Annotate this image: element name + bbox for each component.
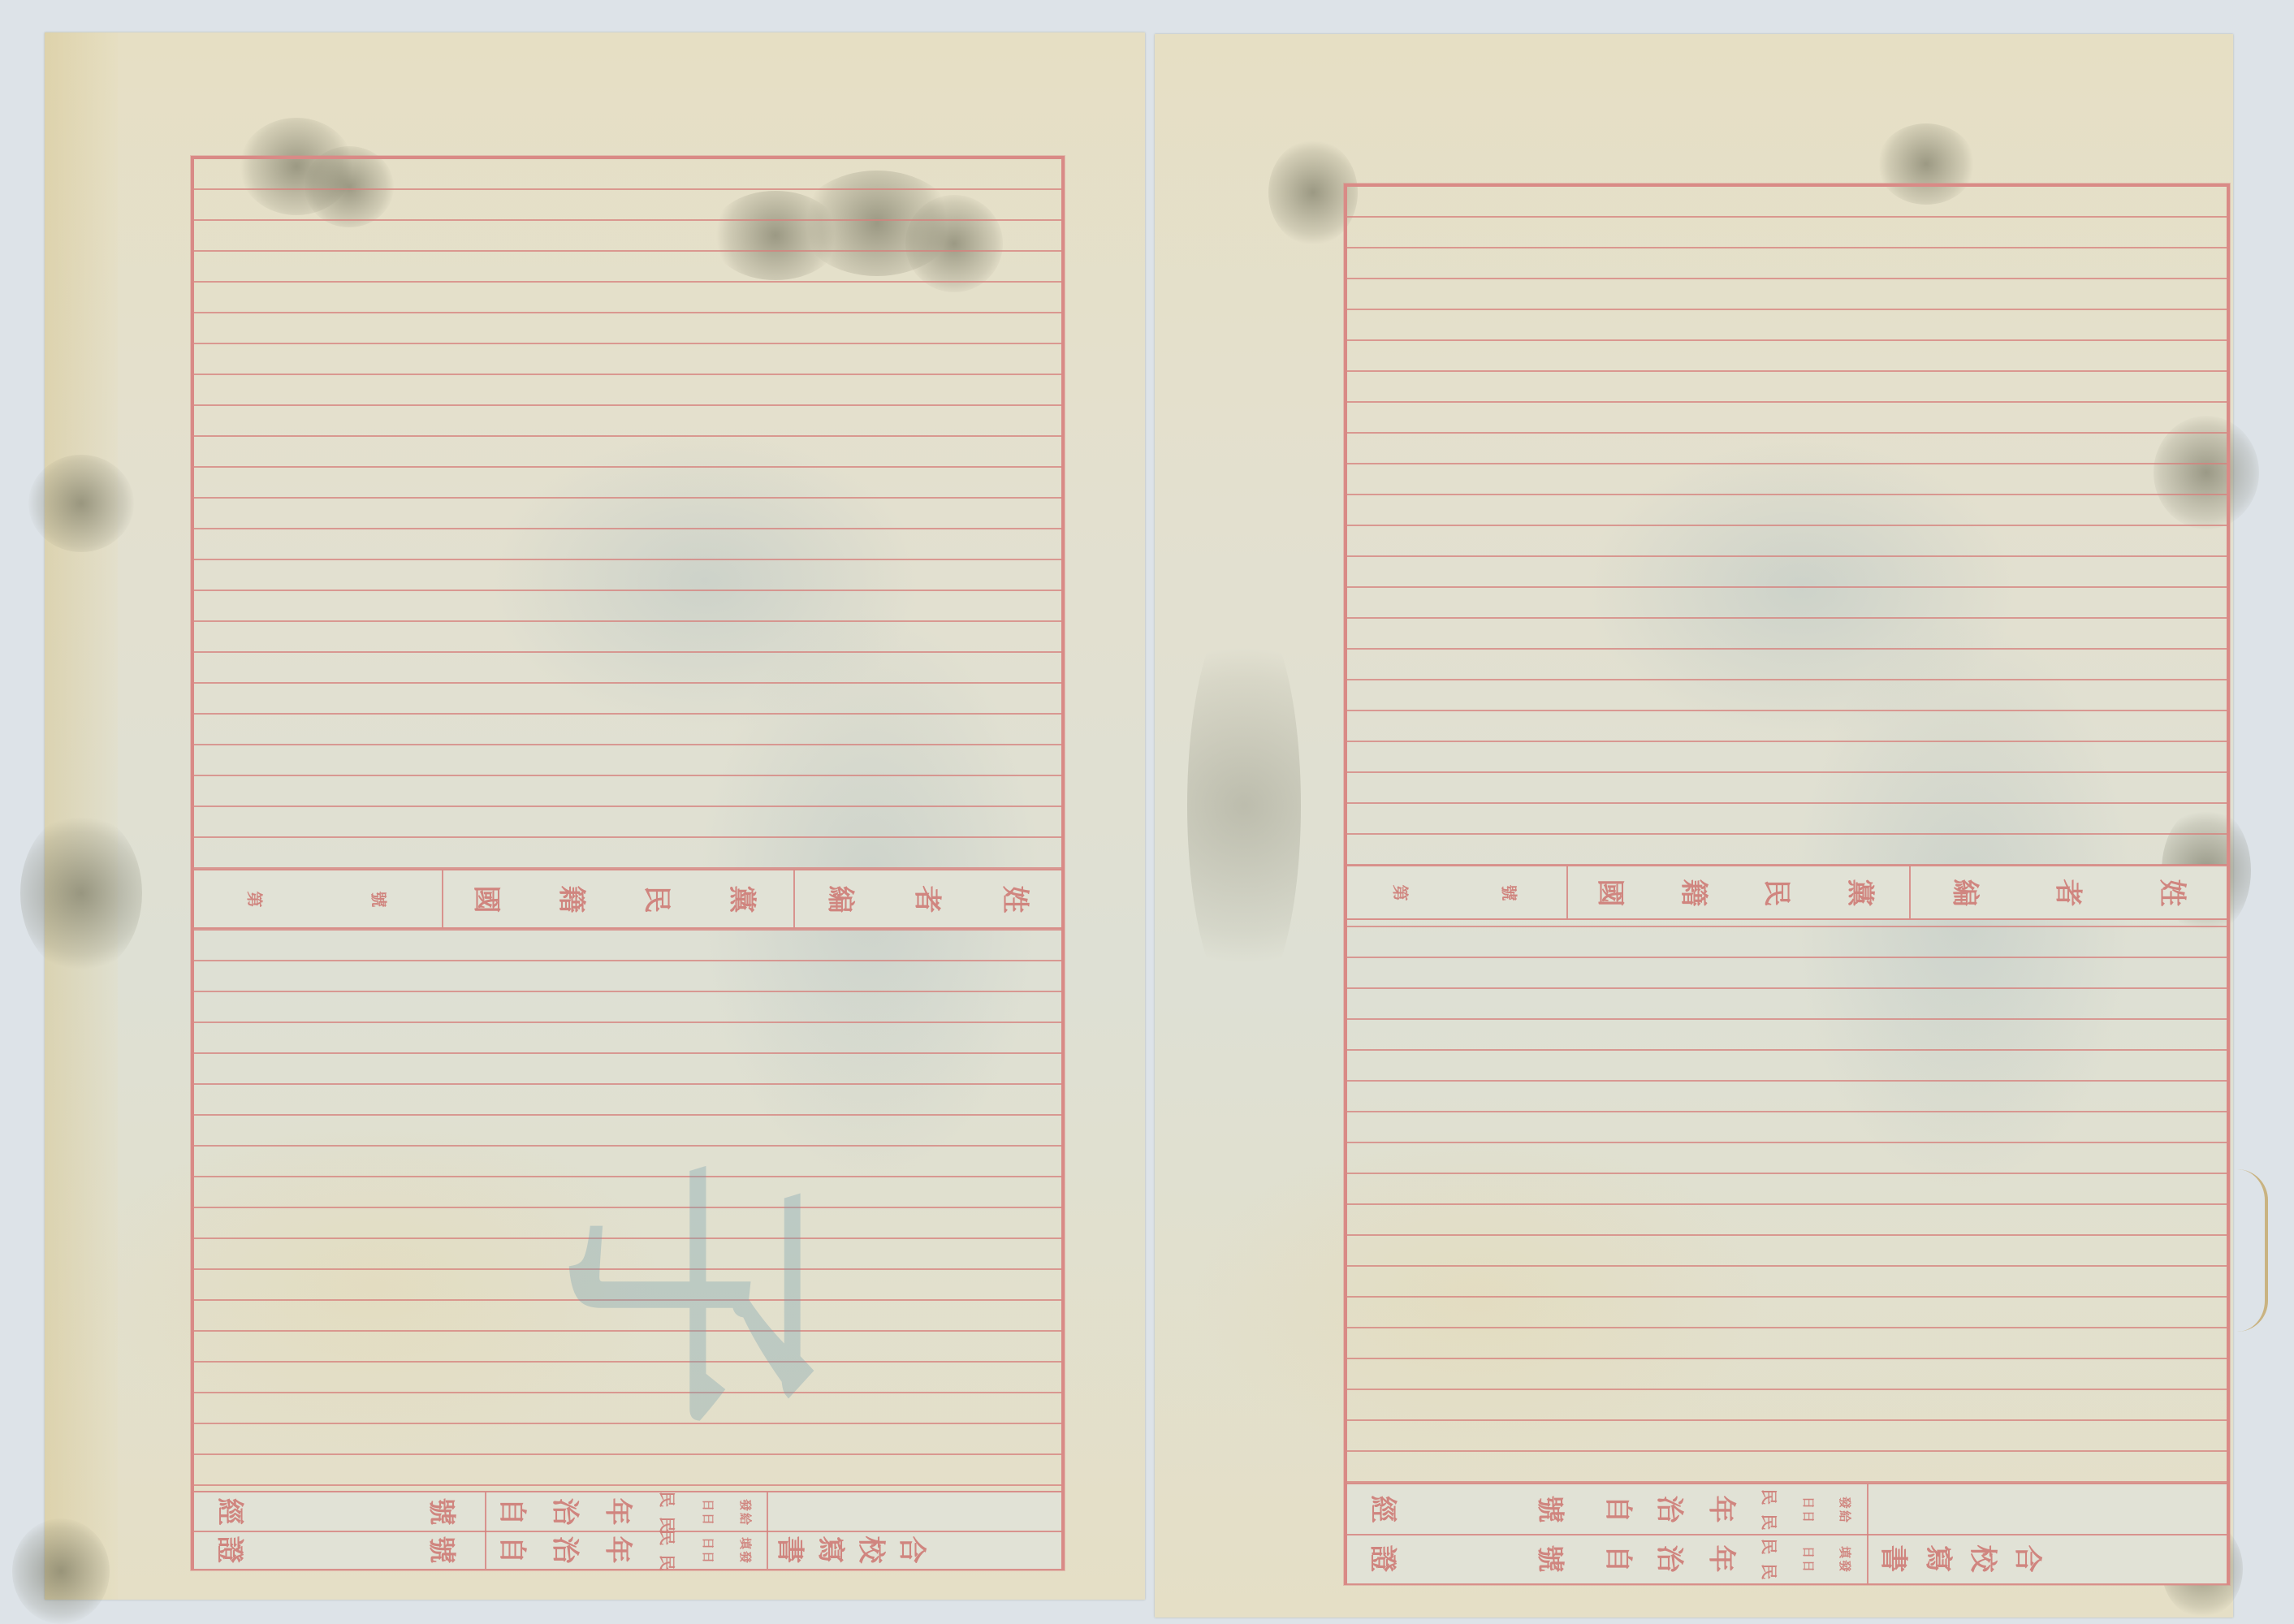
cell-divider [767, 1531, 768, 1569]
footer-label: 填 [1838, 1545, 1851, 1557]
footer-label: 填 [739, 1536, 751, 1548]
era-stack: 民 民 [1762, 1485, 1778, 1534]
header-label: 編 [1947, 879, 1987, 906]
era-stack: 民 民 [1762, 1535, 1778, 1583]
form-footer-block: 經 號 自 治 年 民 民 日 日 [194, 1491, 1061, 1570]
footer-label: 日 [1802, 1496, 1814, 1508]
footer-label: 民 [1758, 1514, 1782, 1530]
date-stack: 填 發 [1838, 1546, 1851, 1572]
header-cell-number: 第 號 [1347, 866, 1565, 918]
era-stack: 民 民 [660, 1526, 676, 1574]
footer-label: 治 [547, 1536, 587, 1564]
footer-label: 書 [1876, 1545, 1916, 1573]
header-label: 者 [2051, 879, 2091, 906]
footer-label: 發 [739, 1498, 751, 1510]
footer-label: 校 [854, 1536, 894, 1564]
footer-label: 經 [213, 1498, 253, 1526]
footer-label: 證 [213, 1536, 253, 1564]
right-sheet: 第 號 國 籍 民 黨 編 者 姓 經 號 [1155, 34, 2233, 1618]
footer-label: 民 [1758, 1538, 1782, 1554]
header-label: 民 [639, 885, 679, 913]
footer-label: 號 [1533, 1496, 1573, 1523]
cell-divider [485, 1531, 486, 1569]
header-cell-name: 編 者 姓 [799, 870, 1061, 927]
footer-label: 民 [656, 1491, 680, 1507]
cell-divider [1909, 866, 1911, 918]
mold-stain [28, 455, 134, 552]
footer-label: 治 [1652, 1496, 1692, 1523]
footer-label: 書 [773, 1536, 813, 1564]
footer-label: 自 [495, 1498, 534, 1526]
cell-divider [767, 1492, 768, 1531]
header-label: 國 [1593, 879, 1633, 906]
mold-stain [20, 812, 142, 974]
footer-cell-proofread: 書 寫 校 合 [772, 1531, 935, 1569]
left-sheet: 子 第 號 國 籍 民 黨 編 者 姓 經 [45, 32, 1145, 1600]
form-header-row: 第 號 國 籍 民 黨 編 者 姓 [1347, 865, 2227, 920]
header-label: 籍 [1676, 879, 1716, 906]
footer-label: 民 [1758, 1563, 1782, 1579]
footer-label: 自 [1601, 1496, 1640, 1523]
footer-cell-number: 經 號 [194, 1492, 482, 1531]
footer-cell-date: 自 治 年 民 民 日 日 發 給 [1595, 1484, 1863, 1534]
header-label: 號 [1499, 884, 1523, 901]
cell-divider [442, 870, 443, 927]
footer-cell-proofread: 書 寫 校 合 [1873, 1534, 2052, 1583]
header-label: 編 [823, 885, 862, 913]
footer-cell-number: 經 號 [1347, 1484, 1591, 1534]
date-stack: 日 日 [702, 1499, 714, 1525]
footer-row: 經 號 自 治 年 民 民 日 日 [194, 1492, 1061, 1532]
footer-label: 發 [739, 1550, 751, 1562]
footer-cell-number: 證 號 [194, 1531, 482, 1569]
footer-label: 發 [1838, 1559, 1851, 1571]
header-label: 黨 [1843, 879, 1882, 906]
footer-label: 民 [656, 1529, 680, 1545]
footer-row: 經 號 自 治 年 民 民 日 日 發 [1347, 1484, 2227, 1535]
footer-label: 日 [702, 1536, 714, 1548]
form-footer-block: 經 號 自 治 年 民 民 日 日 發 [1347, 1483, 2227, 1585]
header-label: 國 [469, 885, 508, 913]
footer-label: 號 [425, 1498, 464, 1526]
footer-label: 年 [1704, 1496, 1744, 1523]
binding-thread [2237, 1169, 2268, 1332]
footer-row: 證 號 自 治 年 民 民 日 日 填 [1347, 1534, 2227, 1583]
footer-cell-date: 自 治 年 民 民 日 日 填 發 [1595, 1534, 1863, 1583]
footer-label: 寫 [1920, 1545, 1960, 1573]
footer-label: 日 [702, 1512, 714, 1524]
cell-divider [485, 1492, 486, 1531]
header-label: 第 [1390, 884, 1414, 901]
footer-label: 日 [1802, 1510, 1814, 1522]
fold-shadow [1187, 603, 1301, 1009]
footer-label: 給 [1838, 1510, 1851, 1522]
header-cell-party: 國 籍 民 黨 [446, 870, 787, 927]
footer-label: 自 [1601, 1545, 1640, 1573]
footer-label: 日 [702, 1498, 714, 1510]
date-stack: 日 日 [1802, 1546, 1814, 1572]
footer-label: 年 [601, 1498, 641, 1526]
footer-cell-date: 自 治 年 民 民 日 日 填 發 [488, 1531, 764, 1569]
footer-label: 合 [895, 1536, 935, 1564]
footer-label: 日 [702, 1550, 714, 1562]
footer-label: 發 [1838, 1496, 1851, 1508]
footer-label: 寫 [814, 1536, 853, 1564]
form-header-row: 第 號 國 籍 民 黨 編 者 姓 [194, 869, 1061, 929]
header-label: 號 [368, 891, 391, 907]
date-stack: 發 給 [739, 1499, 751, 1525]
footer-cell-date: 自 治 年 民 民 日 日 發 給 [488, 1492, 764, 1531]
header-label: 民 [1760, 879, 1799, 906]
date-stack: 日 日 [702, 1537, 714, 1563]
footer-label: 給 [739, 1512, 751, 1524]
footer-label: 證 [1366, 1545, 1406, 1573]
edge-stain [12, 1518, 110, 1624]
date-stack: 填 發 [739, 1537, 751, 1563]
bleed-through-character: 子 [517, 1160, 902, 1427]
date-stack: 日 日 [1802, 1497, 1814, 1522]
footer-label: 治 [1652, 1545, 1692, 1573]
header-label: 第 [244, 891, 268, 907]
header-cell-number: 第 號 [194, 870, 442, 927]
footer-label: 自 [495, 1536, 534, 1564]
ruled-form-frame: 第 號 國 籍 民 黨 編 者 姓 經 號 [1344, 184, 2230, 1585]
header-label: 者 [910, 885, 950, 913]
footer-label: 民 [656, 1554, 680, 1570]
header-label: 姓 [998, 885, 1038, 913]
footer-row: 證 號 自 治 年 民 民 日 日 [194, 1531, 1061, 1569]
date-stack: 發 給 [1838, 1497, 1851, 1522]
footer-label: 日 [1802, 1559, 1814, 1571]
footer-label: 年 [601, 1536, 641, 1564]
header-label: 黨 [724, 885, 764, 913]
header-cell-name: 編 者 姓 [1916, 866, 2227, 918]
footer-label: 校 [1965, 1545, 2005, 1573]
cell-divider [1867, 1484, 1868, 1534]
footer-label: 日 [1802, 1545, 1814, 1557]
cell-divider [793, 870, 795, 927]
header-label: 姓 [2155, 879, 2195, 906]
cell-divider [1867, 1534, 1868, 1583]
footer-label: 經 [1366, 1496, 1406, 1523]
footer-label: 治 [547, 1498, 587, 1526]
footer-label: 號 [1533, 1545, 1573, 1573]
footer-cell-number: 證 號 [1347, 1534, 1591, 1583]
footer-label: 號 [425, 1536, 464, 1564]
footer-label: 合 [2010, 1545, 2050, 1573]
cell-divider [1566, 866, 1568, 918]
header-cell-party: 國 籍 民 黨 [1571, 866, 1904, 918]
header-label: 籍 [554, 885, 594, 913]
footer-label: 民 [1758, 1488, 1782, 1505]
footer-label: 年 [1704, 1545, 1744, 1573]
ruled-form-frame: 子 第 號 國 籍 民 黨 編 者 姓 經 [191, 156, 1065, 1570]
